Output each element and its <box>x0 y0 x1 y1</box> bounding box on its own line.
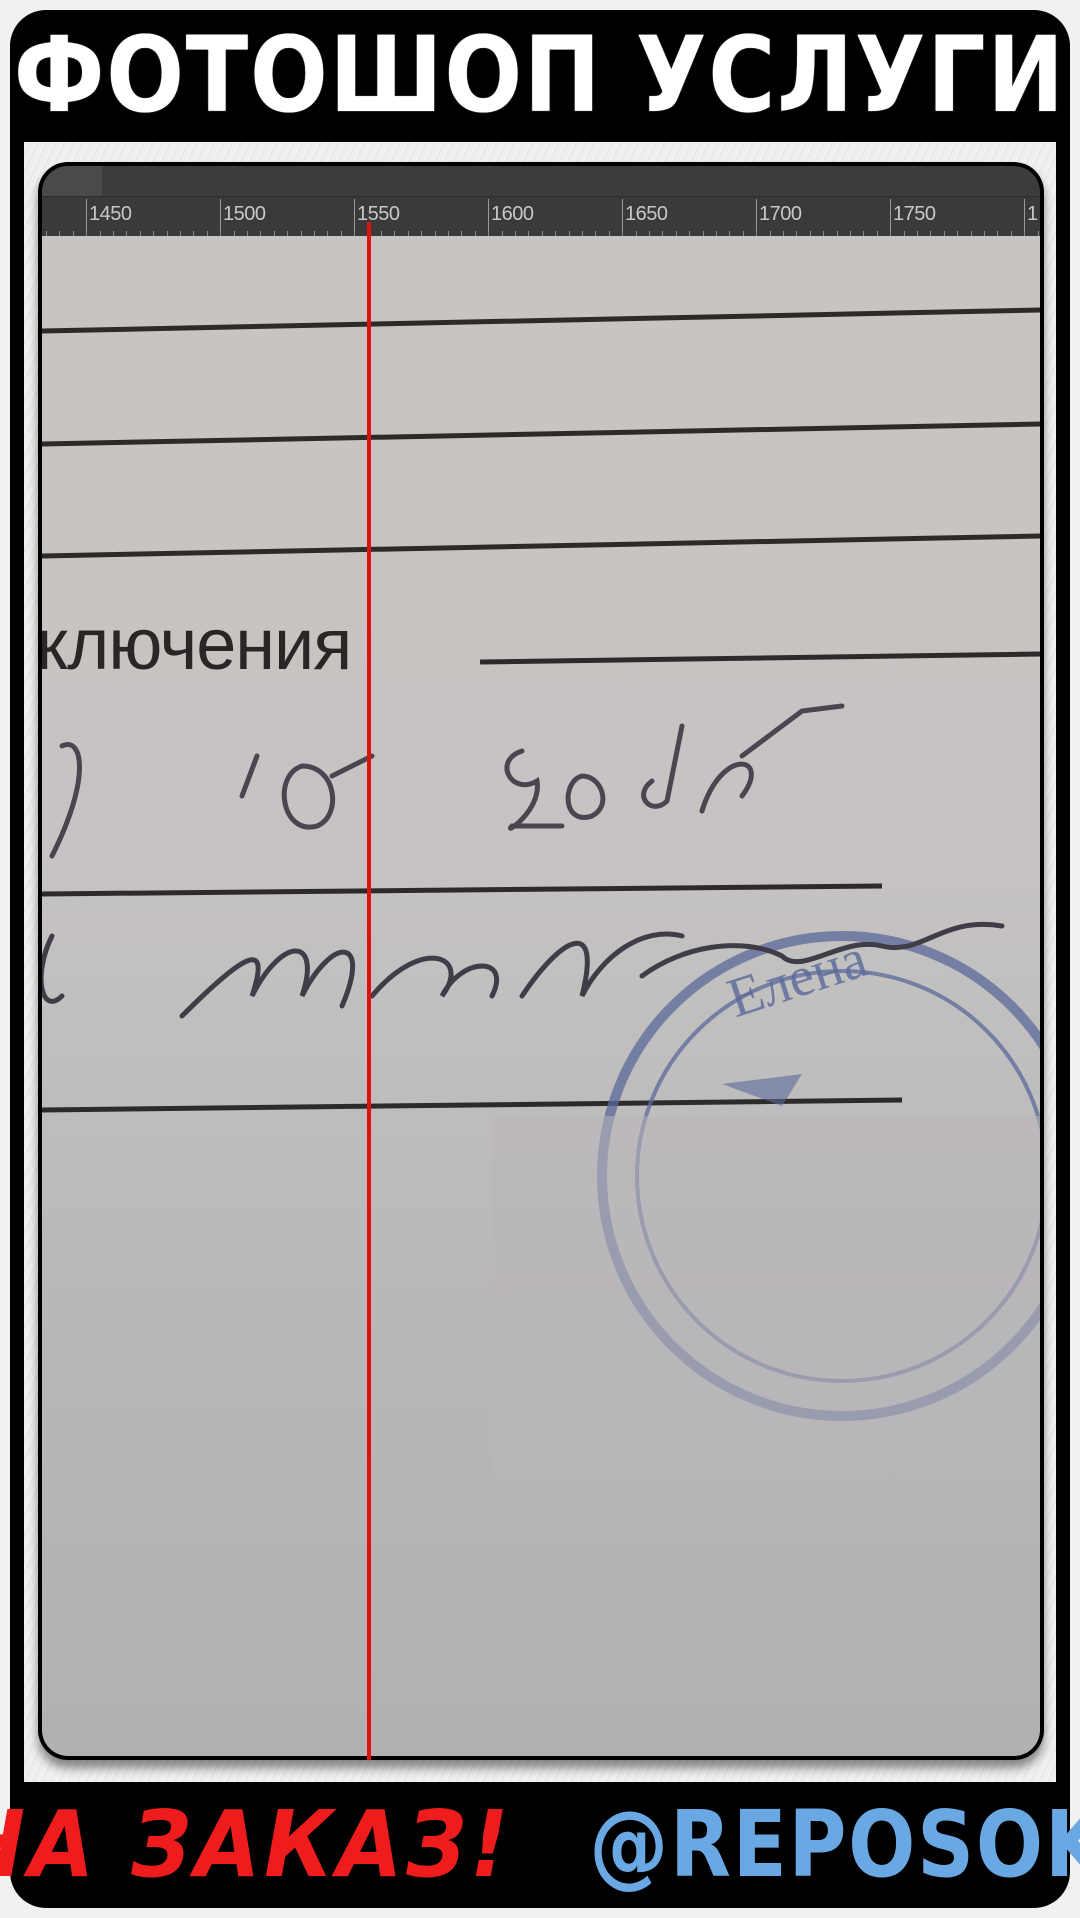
photoshop-canvas-window: 14501500155016001650170017501 <box>38 162 1044 1760</box>
editor-toolbar <box>42 166 1040 196</box>
footer-handle[interactable]: @REPOSOK <box>589 1791 1080 1898</box>
ruler-major-tick <box>1024 199 1025 235</box>
ruler-label: 1750 <box>893 203 936 226</box>
footer-call-to-action: НА ЗАКАЗ! <box>0 1791 512 1898</box>
ruler-label: 1500 <box>223 203 266 226</box>
document-image: Елена ключения <box>42 236 1040 1756</box>
ruler-label: 1550 <box>357 203 400 226</box>
ruler-label: 1 <box>1027 203 1038 226</box>
footer-banner: НА ЗАКАЗ! @REPOSOK <box>10 1784 1070 1904</box>
ruler-label: 1700 <box>759 203 802 226</box>
ruler-major-tick <box>488 199 489 235</box>
ruler-major-tick <box>622 199 623 235</box>
ruler-major-tick <box>86 199 87 235</box>
ruler-label: 1450 <box>89 203 132 226</box>
banner-title: ФОТОШОП УСЛУГИ <box>14 14 1066 136</box>
ruler-major-tick <box>220 199 221 235</box>
document-drawing: Елена <box>42 236 1040 1756</box>
ruler-major-tick <box>756 199 757 235</box>
ruler-label: 1650 <box>625 203 668 226</box>
ruler-major-tick <box>354 199 355 235</box>
ruler-label: 1600 <box>491 203 534 226</box>
printed-form-label: ключения <box>42 604 351 686</box>
red-guide-line[interactable] <box>367 222 371 1760</box>
horizontal-ruler[interactable]: 14501500155016001650170017501 <box>42 196 1040 237</box>
header-banner: ФОТОШОП УСЛУГИ <box>10 10 1070 140</box>
ruler-major-tick <box>890 199 891 235</box>
ruler-origin-corner[interactable] <box>42 166 102 196</box>
